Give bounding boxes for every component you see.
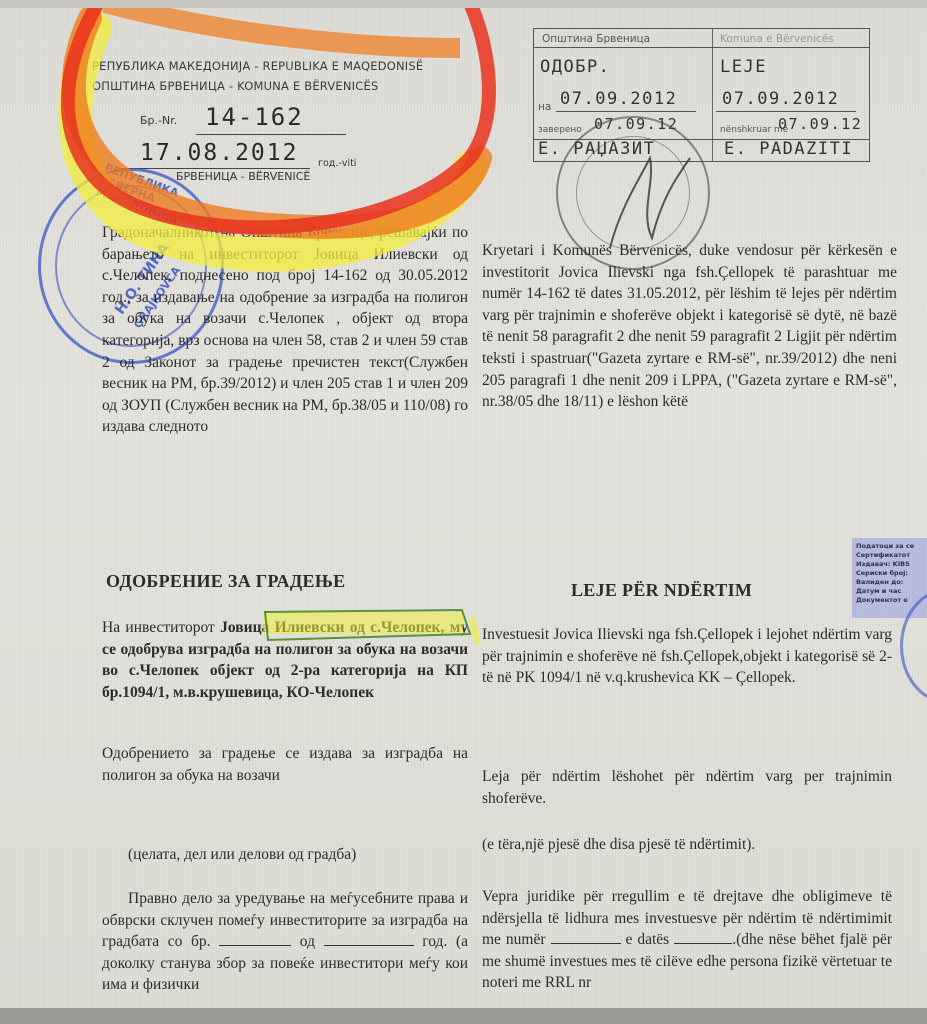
receipt-date-left: 07.09.2012 [560,89,677,109]
receipt-date-right: 07.09.2012 [722,89,839,109]
left-intro-paragraph: Градоначалникот на Општина Брвеница, реш… [102,222,468,438]
right-intro-paragraph: Kryetari i Komunës Bërvenicës, duke vend… [482,240,897,413]
left-od-label: од [300,933,315,950]
reg-number-value: 14-162 [205,103,304,131]
left-legal-act: Правно дело за уредување на меѓусебните … [102,888,468,996]
reg-number-label: Бр.-Nr. [140,114,177,127]
receipt-final-right: 07.09.12 [778,115,862,133]
stamp-place: БРВЕНИЦА - BËRVENICË [176,170,310,183]
receipt-sign-right: E. PADAZITI [724,139,853,159]
year-label: год.-viti [318,158,356,169]
approval-investor-name: Јовица Илиевски од [220,619,365,636]
right-legal-act: Vepra juridike për rregullim e të drejta… [482,886,892,994]
sig-line: Датум и час [856,587,927,596]
stamp-municipality-line: ОПШТИНА БРВЕНИЦА - KOMUNA E BËRVENICËS [92,76,432,96]
right-scope-note: (e tëra,një pjesë dhe disa pjesë të ndër… [482,834,897,856]
reg-date-value: 17.08.2012 [140,140,298,166]
left-legal-act-text: Правно дело за уредување на меѓусебните … [102,890,468,950]
sig-line: Издавач: KIBS [856,560,927,569]
document-page: РЕПУБЛИКА МАКЕДОНИЈА - REPUBLIKA E MAQED… [0,8,927,1008]
page-bottom-edge [0,1008,927,1024]
receipt-header-sq: Komuna e Bërvenicës [720,33,834,45]
sig-line: Валиден до: [856,578,927,587]
registration-stamp: РЕПУБЛИКА МАКЕДОНИЈА - REPUBLIKA E MAQED… [92,56,432,96]
left-scope-note: (целата, дел или делови од градба) [102,844,468,866]
left-intro-text: Градоначалникот на Општина Брвеница, реш… [102,222,468,438]
receipt-doc-left: ОДОБР. [540,57,610,77]
sig-line: Сертификатот [856,551,927,560]
right-blank-number[interactable] [551,943,621,944]
right-title: LEJE PËR NDËRTIM [571,580,752,601]
left-issued-for-text: Одобрението за градење се издава за изгр… [102,743,468,786]
sig-line: Сериски број: [856,569,927,578]
left-blank-number[interactable] [219,945,291,946]
right-date-label: e datës [626,931,670,948]
left-issued-for: Одобрението за градење се издава за изгр… [102,743,468,786]
approval-prefix: На инвеститорот [102,619,220,636]
right-approval-paragraph: Investuesit Jovica Ilievski nga fsh.Çell… [482,624,892,689]
left-blank-date[interactable] [324,945,414,946]
right-intro-text: Kryetari i Komunës Bërvenicës, duke vend… [482,240,897,413]
receipt-doc-right: LEJE [720,57,767,77]
receipt-date-label: на [538,101,551,113]
right-approval-text: Investuesit Jovica Ilievski nga fsh.Çell… [482,624,892,689]
receipt-final-label-left: заверено [538,125,582,135]
right-blank-date[interactable] [674,943,732,944]
receipt-header-mk: Општина Брвеница [542,33,650,45]
right-issued-for: Leja për ndërtim lëshohet për ndërtim va… [482,766,892,809]
left-approval-paragraph: На инвеститорот Јовица Илиевски од с.Чел… [102,617,468,703]
right-issued-for-text: Leja për ndërtim lëshohet për ndërtim va… [482,766,892,809]
stamp-republic-line: РЕПУБЛИКА МАКЕДОНИЈА - REPUBLIKA E MAQED… [92,56,432,76]
left-title: ОДОБРЕНИЕ ЗА ГРАДЕЊЕ [106,571,345,592]
sig-line: Податоци за се [856,542,927,551]
